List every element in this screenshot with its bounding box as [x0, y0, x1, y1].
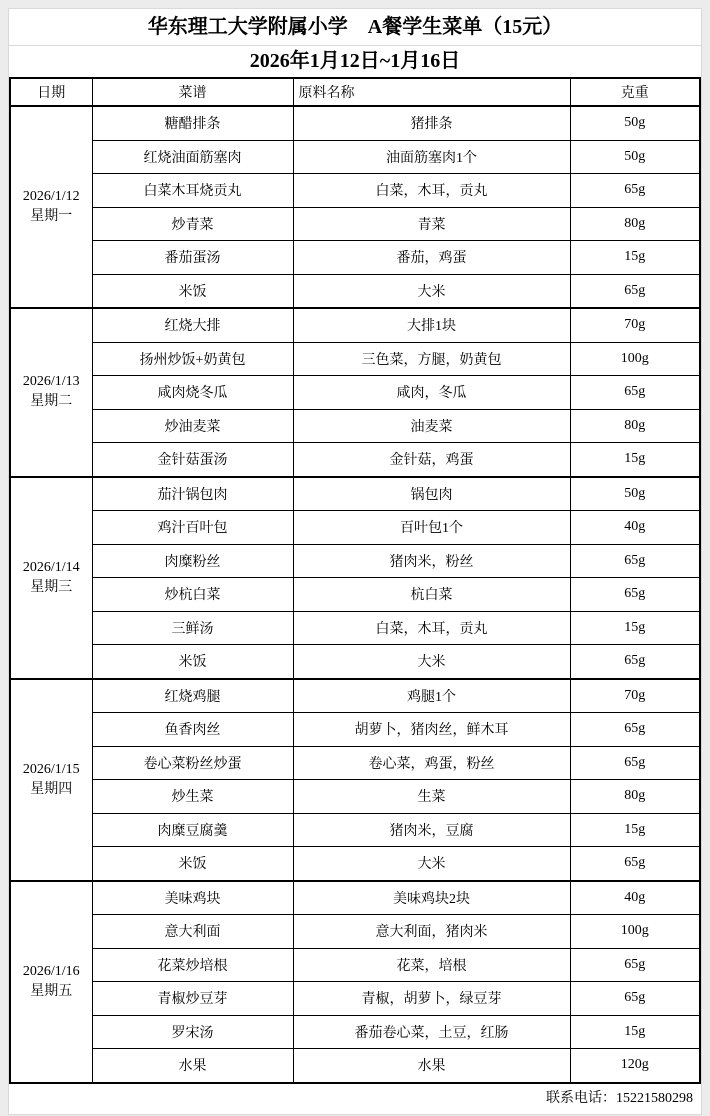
menu-row: 2026/1/14星期三茄汁锅包肉锅包肉50g	[10, 477, 700, 511]
ingredients-cell: 花菜，培根	[293, 948, 570, 982]
ingredients-cell: 锅包肉	[293, 477, 570, 511]
ingredients-cell: 猪肉米，粉丝	[293, 544, 570, 578]
page-title: 华东理工大学附属小学 A餐学生菜单（15元）	[9, 9, 701, 46]
dish-cell: 罗宋汤	[92, 1015, 293, 1049]
date-range: 2026年1月12日~1月16日	[9, 46, 701, 77]
weight-cell: 80g	[570, 409, 700, 443]
dish-cell: 肉糜豆腐羹	[92, 813, 293, 847]
weight-cell: 70g	[570, 679, 700, 713]
dish-cell: 扬州炒饭+奶黄包	[92, 342, 293, 376]
dish-cell: 三鲜汤	[92, 611, 293, 645]
menu-row: 意大利面意大利面，猪肉米100g	[10, 915, 700, 949]
ingredients-cell: 油麦菜	[293, 409, 570, 443]
date-text: 2026/1/13	[11, 372, 92, 392]
ingredients-cell: 大米	[293, 274, 570, 308]
date-text: 2026/1/15	[11, 760, 92, 780]
dish-cell: 鱼香肉丝	[92, 713, 293, 747]
dish-cell: 炒杭白菜	[92, 578, 293, 612]
ingredients-cell: 青椒，胡萝卜，绿豆芽	[293, 982, 570, 1016]
date-cell: 2026/1/13星期二	[10, 308, 92, 477]
ingredients-cell: 青菜	[293, 207, 570, 241]
ingredients-cell: 三色菜，方腿，奶黄包	[293, 342, 570, 376]
weight-cell: 65g	[570, 544, 700, 578]
menu-row: 肉糜粉丝猪肉米，粉丝65g	[10, 544, 700, 578]
date-cell: 2026/1/12星期一	[10, 106, 92, 308]
menu-row: 2026/1/13星期二红烧大排大排1块70g	[10, 308, 700, 342]
weight-cell: 80g	[570, 207, 700, 241]
weight-cell: 65g	[570, 645, 700, 679]
menu-row: 鸡汁百叶包百叶包1个40g	[10, 511, 700, 545]
dish-cell: 花菜炒培根	[92, 948, 293, 982]
col-header-ingredients: 原料名称	[293, 78, 570, 106]
ingredients-cell: 大排1块	[293, 308, 570, 342]
menu-row: 红烧油面筋塞肉油面筋塞肉1个50g	[10, 140, 700, 174]
col-header-date: 日期	[10, 78, 92, 106]
ingredients-cell: 意大利面，猪肉米	[293, 915, 570, 949]
col-header-dish: 菜谱	[92, 78, 293, 106]
weight-cell: 50g	[570, 477, 700, 511]
weight-cell: 100g	[570, 915, 700, 949]
dish-cell: 咸肉烧冬瓜	[92, 376, 293, 410]
ingredients-cell: 金针菇，鸡蛋	[293, 443, 570, 477]
dish-cell: 肉糜粉丝	[92, 544, 293, 578]
menu-row: 米饭大米65g	[10, 645, 700, 679]
dish-cell: 茄汁锅包肉	[92, 477, 293, 511]
menu-row: 米饭大米65g	[10, 847, 700, 881]
menu-row: 白菜木耳烧贡丸白菜，木耳，贡丸65g	[10, 174, 700, 208]
menu-row: 番茄蛋汤番茄，鸡蛋15g	[10, 241, 700, 275]
menu-row: 2026/1/12星期一糖醋排条猪排条50g	[10, 106, 700, 140]
ingredients-cell: 猪肉米，豆腐	[293, 813, 570, 847]
ingredients-cell: 咸肉，冬瓜	[293, 376, 570, 410]
menu-row: 肉糜豆腐羹猪肉米，豆腐15g	[10, 813, 700, 847]
dish-cell: 意大利面	[92, 915, 293, 949]
menu-sheet: 华东理工大学附属小学 A餐学生菜单（15元） 2026年1月12日~1月16日 …	[8, 8, 702, 1115]
menu-row: 咸肉烧冬瓜咸肉，冬瓜65g	[10, 376, 700, 410]
menu-table: 日期 菜谱 原料名称 克重 2026/1/12星期一糖醋排条猪排条50g红烧油面…	[9, 77, 701, 1084]
weight-cell: 15g	[570, 1015, 700, 1049]
dish-cell: 番茄蛋汤	[92, 241, 293, 275]
menu-row: 炒杭白菜杭白菜65g	[10, 578, 700, 612]
weekday-text: 星期三	[11, 578, 92, 598]
menu-row: 卷心菜粉丝炒蛋卷心菜，鸡蛋，粉丝65g	[10, 746, 700, 780]
ingredients-cell: 卷心菜，鸡蛋，粉丝	[293, 746, 570, 780]
date-cell: 2026/1/14星期三	[10, 477, 92, 679]
weight-cell: 65g	[570, 376, 700, 410]
ingredients-cell: 番茄，鸡蛋	[293, 241, 570, 275]
weight-cell: 65g	[570, 847, 700, 881]
menu-row: 2026/1/16星期五美味鸡块美味鸡块2块40g	[10, 881, 700, 915]
ingredients-cell: 生菜	[293, 780, 570, 814]
date-text: 2026/1/16	[11, 962, 92, 982]
menu-row: 青椒炒豆芽青椒，胡萝卜，绿豆芽65g	[10, 982, 700, 1016]
dish-cell: 糖醋排条	[92, 106, 293, 140]
ingredients-cell: 白菜，木耳，贡丸	[293, 611, 570, 645]
date-cell: 2026/1/16星期五	[10, 881, 92, 1083]
menu-row: 炒青菜青菜80g	[10, 207, 700, 241]
dish-cell: 炒油麦菜	[92, 409, 293, 443]
weight-cell: 65g	[570, 746, 700, 780]
menu-row: 米饭大米65g	[10, 274, 700, 308]
menu-row: 三鲜汤白菜，木耳，贡丸15g	[10, 611, 700, 645]
ingredients-cell: 白菜，木耳，贡丸	[293, 174, 570, 208]
menu-row: 炒油麦菜油麦菜80g	[10, 409, 700, 443]
col-header-weight: 克重	[570, 78, 700, 106]
date-text: 2026/1/12	[11, 187, 92, 207]
weight-cell: 15g	[570, 611, 700, 645]
weight-cell: 40g	[570, 511, 700, 545]
ingredients-cell: 油面筋塞肉1个	[293, 140, 570, 174]
weight-cell: 65g	[570, 274, 700, 308]
weight-cell: 65g	[570, 713, 700, 747]
date-cell: 2026/1/15星期四	[10, 679, 92, 881]
date-text: 2026/1/14	[11, 558, 92, 578]
ingredients-cell: 大米	[293, 847, 570, 881]
weight-cell: 65g	[570, 948, 700, 982]
weight-cell: 40g	[570, 881, 700, 915]
dish-cell: 炒生菜	[92, 780, 293, 814]
menu-row: 罗宋汤番茄卷心菜，土豆，红肠15g	[10, 1015, 700, 1049]
header-row: 日期 菜谱 原料名称 克重	[10, 78, 700, 106]
weekday-text: 星期一	[11, 207, 92, 227]
weight-cell: 80g	[570, 780, 700, 814]
menu-table-body: 2026/1/12星期一糖醋排条猪排条50g红烧油面筋塞肉油面筋塞肉1个50g白…	[10, 106, 700, 1083]
weekday-text: 星期五	[11, 982, 92, 1002]
menu-row: 花菜炒培根花菜，培根65g	[10, 948, 700, 982]
weight-cell: 120g	[570, 1049, 700, 1083]
weight-cell: 15g	[570, 813, 700, 847]
ingredients-cell: 百叶包1个	[293, 511, 570, 545]
dish-cell: 米饭	[92, 645, 293, 679]
dish-cell: 水果	[92, 1049, 293, 1083]
dish-cell: 炒青菜	[92, 207, 293, 241]
ingredients-cell: 鸡腿1个	[293, 679, 570, 713]
weight-cell: 65g	[570, 578, 700, 612]
weight-cell: 50g	[570, 106, 700, 140]
menu-row: 水果水果120g	[10, 1049, 700, 1083]
ingredients-cell: 猪排条	[293, 106, 570, 140]
weight-cell: 100g	[570, 342, 700, 376]
weight-cell: 70g	[570, 308, 700, 342]
dish-cell: 红烧油面筋塞肉	[92, 140, 293, 174]
menu-row: 金针菇蛋汤金针菇，鸡蛋15g	[10, 443, 700, 477]
ingredients-cell: 番茄卷心菜，土豆，红肠	[293, 1015, 570, 1049]
dish-cell: 白菜木耳烧贡丸	[92, 174, 293, 208]
ingredients-cell: 胡萝卜，猪肉丝，鲜木耳	[293, 713, 570, 747]
menu-row: 2026/1/15星期四红烧鸡腿鸡腿1个70g	[10, 679, 700, 713]
ingredients-cell: 大米	[293, 645, 570, 679]
page-background: { "page": { "title": "华东理工大学附属小学 A餐学生菜单（…	[0, 0, 710, 1116]
weekday-text: 星期二	[11, 392, 92, 412]
dish-cell: 金针菇蛋汤	[92, 443, 293, 477]
dish-cell: 美味鸡块	[92, 881, 293, 915]
weight-cell: 65g	[570, 982, 700, 1016]
menu-row: 炒生菜生菜80g	[10, 780, 700, 814]
weight-cell: 65g	[570, 174, 700, 208]
dish-cell: 米饭	[92, 274, 293, 308]
dish-cell: 红烧大排	[92, 308, 293, 342]
ingredients-cell: 美味鸡块2块	[293, 881, 570, 915]
weight-cell: 15g	[570, 443, 700, 477]
menu-row: 鱼香肉丝胡萝卜，猪肉丝，鲜木耳65g	[10, 713, 700, 747]
dish-cell: 青椒炒豆芽	[92, 982, 293, 1016]
dish-cell: 鸡汁百叶包	[92, 511, 293, 545]
dish-cell: 卷心菜粉丝炒蛋	[92, 746, 293, 780]
contact-phone: 联系电话：15221580298	[9, 1084, 701, 1114]
weekday-text: 星期四	[11, 780, 92, 800]
ingredients-cell: 杭白菜	[293, 578, 570, 612]
dish-cell: 红烧鸡腿	[92, 679, 293, 713]
dish-cell: 米饭	[92, 847, 293, 881]
menu-row: 扬州炒饭+奶黄包三色菜，方腿，奶黄包100g	[10, 342, 700, 376]
weight-cell: 50g	[570, 140, 700, 174]
weight-cell: 15g	[570, 241, 700, 275]
ingredients-cell: 水果	[293, 1049, 570, 1083]
